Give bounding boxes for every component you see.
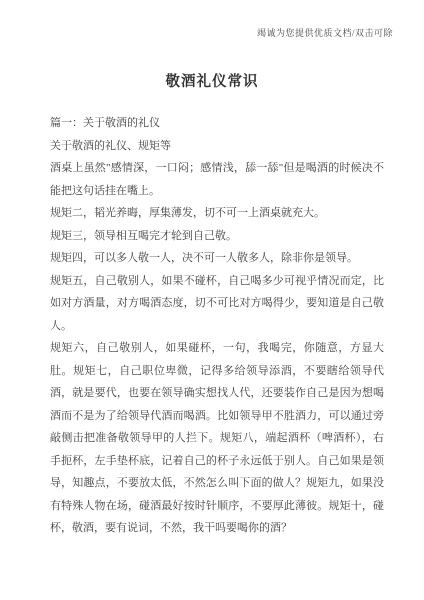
- paragraph: 规矩二，韬光养晦，厚集薄发，切不可一上酒桌就充大。: [50, 202, 384, 225]
- paragraph: 规矩六，自己敬别人，如果碰杯，一句，我喝完，你随意，方显大肚。规矩七，自己职位卑…: [50, 337, 384, 540]
- paragraph: 篇一：关于敬酒的礼仪: [50, 112, 384, 135]
- document-body: 篇一：关于敬酒的礼仪关于敬酒的礼仪、规矩等酒桌上虽然"感情深，一口闷；感情浅，舔…: [50, 112, 384, 540]
- page-title: 敬酒礼仪常识: [0, 75, 424, 90]
- paragraph: 规矩三，领导相互喝完才轮到自己敬。: [50, 225, 384, 248]
- paragraph: 关于敬酒的礼仪、规矩等: [50, 135, 384, 158]
- paragraph: 规矩五，自己敬别人，如果不碰杯，自己喝多少可视乎情况而定，比如对方酒量，对方喝酒…: [50, 270, 384, 338]
- paragraph: 酒桌上虽然"感情深，一口闷；感情浅，舔一舔"但是喝酒的时候决不能把这句话挂在嘴上…: [50, 157, 384, 202]
- header-note: 竭诚为您提供优质文档/双击可除: [0, 0, 424, 39]
- document-page: 竭诚为您提供优质文档/双击可除 敬酒礼仪常识 篇一：关于敬酒的礼仪关于敬酒的礼仪…: [0, 0, 424, 600]
- paragraph: 规矩四，可以多人敬一人，决不可一人敬多人，除非你是领导。: [50, 247, 384, 270]
